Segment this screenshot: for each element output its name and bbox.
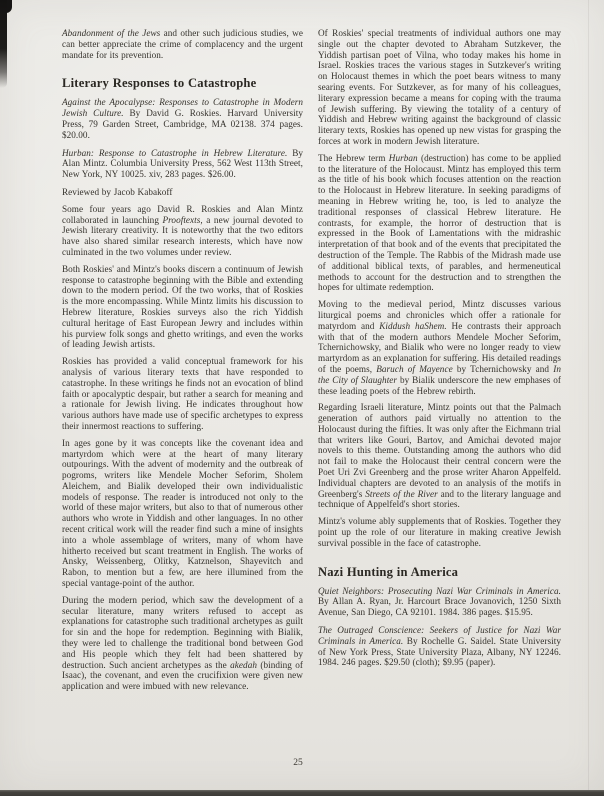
book-citation: Against the Apocalypse: Responses to Cat… <box>62 97 303 140</box>
left-column: Abandonment of the Jews and other such j… <box>62 28 303 698</box>
paragraph: Both Roskies' and Mintz's books discern … <box>62 264 303 350</box>
page-number: 25 <box>286 758 310 768</box>
paragraph: Abandonment of the Jews and other such j… <box>62 28 303 60</box>
paragraph: The Hebrew term Hurban (destruction) has… <box>318 153 561 293</box>
paragraph: Mintz's volume ably supplements that of … <box>318 516 561 548</box>
paragraph: Roskies has provided a valid conceptual … <box>62 356 303 432</box>
section-heading: Nazi Hunting in America <box>318 565 561 579</box>
paragraph: Reviewed by Jacob Kabakoff <box>62 187 303 198</box>
paragraph: Some four years ago David R. Roskies and… <box>62 204 303 258</box>
scanned-journal-page: Abandonment of the Jews and other such j… <box>0 0 604 796</box>
section-heading: Literary Responses to Catastrophe <box>62 76 303 90</box>
scan-bottom-edge <box>0 790 604 796</box>
paragraph: Regarding Israeli literature, Mintz poin… <box>318 402 561 510</box>
scan-left-edge-mark <box>0 0 7 88</box>
paragraph: Moving to the medieval period, Mintz dis… <box>318 299 561 396</box>
scan-fold-line <box>588 0 589 796</box>
book-citation: Quiet Neighbors: Prosecuting Nazi War Cr… <box>318 586 561 618</box>
paragraph: Of Roskies' special treatments of indivi… <box>318 28 561 147</box>
right-column: Of Roskies' special treatments of indivi… <box>318 28 561 675</box>
book-citation: The Outraged Conscience: Seekers of Just… <box>318 625 561 668</box>
paragraph: During the modern period, which saw the … <box>62 595 303 692</box>
paragraph: In ages gone by it was concepts like the… <box>62 438 303 589</box>
book-citation: Hurban: Response to Catastrophe in Hebre… <box>62 148 303 180</box>
